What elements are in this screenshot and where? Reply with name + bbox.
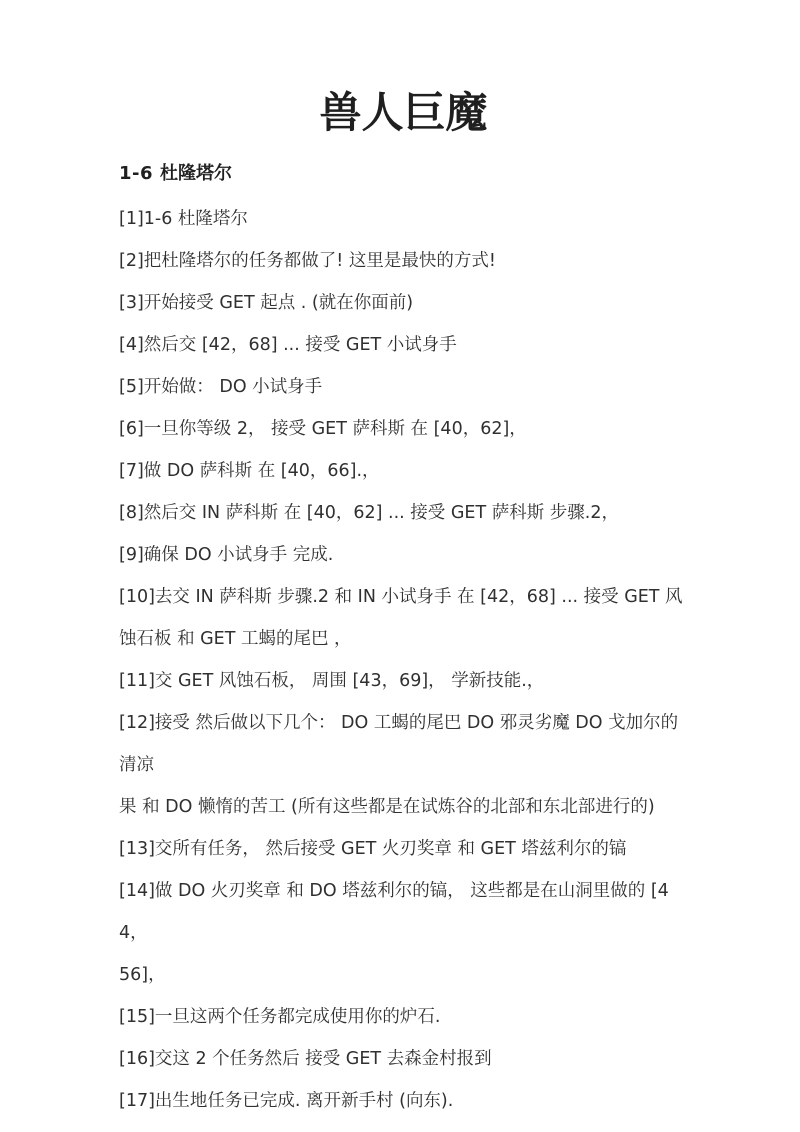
guide-step: [13]交所有任务， 然后接受 GET 火刃奖章 和 GET 塔兹利尔的镐: [119, 828, 688, 870]
guide-step: [1]1-6 杜隆塔尔: [119, 198, 688, 240]
guide-step: [14]做 DO 火刃奖章 和 DO 塔兹利尔的镐， 这些都是在山洞里做的 [4…: [119, 870, 688, 996]
guide-step: [11]交 GET 风蚀石板， 周围 [43，69]， 学新技能.，: [119, 660, 688, 702]
section-zone-name: 杜隆塔尔: [160, 163, 232, 184]
guide-step: [10]去交 IN 萨科斯 步骤.2 和 IN 小试身手 在 [42，68] .…: [119, 576, 688, 660]
guide-step: [5]开始做： DO 小试身手: [119, 366, 688, 408]
guide-step: [7]做 DO 萨科斯 在 [40，66].，: [119, 450, 688, 492]
guide-step: [9]确保 DO 小试身手 完成.: [119, 534, 688, 576]
guide-step: [12]接受 然后做以下几个： DO 工蝎的尾巴 DO 邪灵劣魔 DO 戈加尔的…: [119, 702, 688, 828]
guide-step: [2]把杜隆塔尔的任务都做了! 这里是最快的方式!: [119, 240, 688, 282]
guide-step: [17]出生地任务已完成. 离开新手村 (向东).: [119, 1080, 688, 1122]
guide-steps: [1]1-6 杜隆塔尔[2]把杜隆塔尔的任务都做了! 这里是最快的方式![3]开…: [119, 198, 688, 1122]
guide-step: [4]然后交 [42，68] ... 接受 GET 小试身手: [119, 324, 688, 366]
guide-step: [15]一旦这两个任务都完成使用你的炉石.: [119, 996, 688, 1038]
page-title: 兽人巨魔: [119, 88, 688, 138]
guide-step: [6]一旦你等级 2， 接受 GET 萨科斯 在 [40，62]，: [119, 408, 688, 450]
section-heading: 1-6杜隆塔尔: [119, 162, 688, 186]
guide-step: [16]交这 2 个任务然后 接受 GET 去森金村报到: [119, 1038, 688, 1080]
guide-step: [3]开始接受 GET 起点 . (就在你面前): [119, 282, 688, 324]
guide-step: [8]然后交 IN 萨科斯 在 [40，62] ... 接受 GET 萨科斯 步…: [119, 492, 688, 534]
document-page: 兽人巨魔 1-6杜隆塔尔 [1]1-6 杜隆塔尔[2]把杜隆塔尔的任务都做了! …: [0, 0, 800, 1132]
section-level-range: 1-6: [119, 163, 153, 184]
